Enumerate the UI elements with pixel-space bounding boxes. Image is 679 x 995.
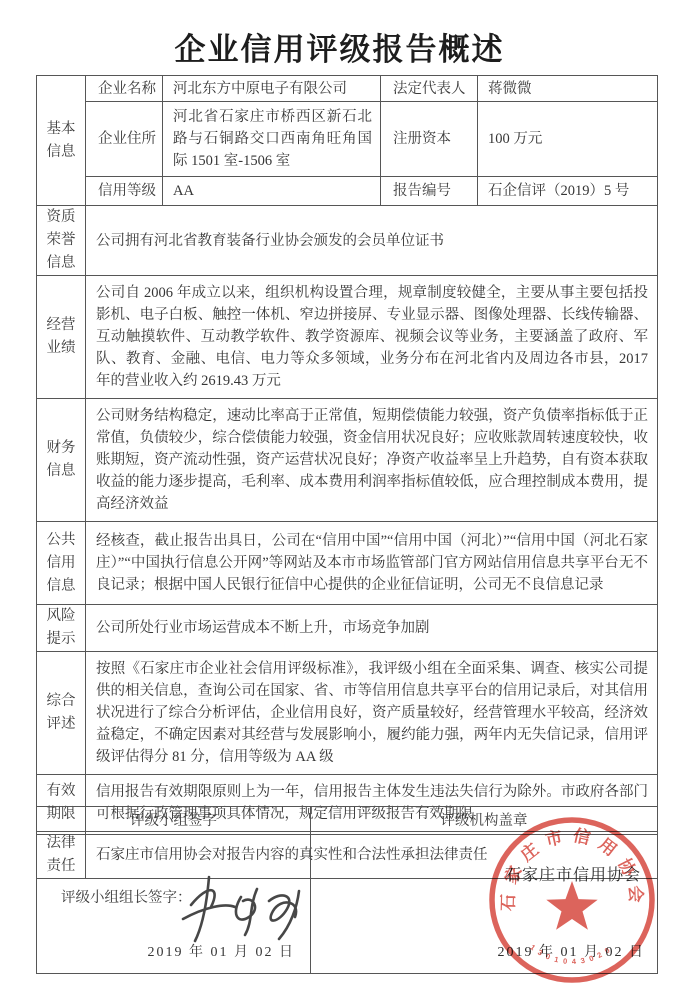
section-label-comprehensive-review: 综合 评述 [37,652,86,775]
field-label-company-name: 企业名称 [86,76,163,102]
section-label-financial-info: 财务 信息 [37,399,86,522]
official-seal: 石家庄市信用协会 1301043020 [482,812,662,984]
field-value-report-number: 石企信评（2019）5 号 [478,177,658,206]
section-content-business-performance: 公司自 2006 年成立以来，组织机构设置合理，规章制度较健全，主要从事主要包括… [86,276,658,399]
section-label-business-performance: 经营 业绩 [37,276,86,399]
section-content-risk-warning: 公司所处行业市场运营成本不断上升，市场竞争加剧 [86,605,658,652]
svg-text:1301043020: 1301043020 [528,943,615,967]
section-content-financial-info: 公司财务结构稳定，速动比率高于正常值，短期偿债能力较强，资产负债率指标低于正常值… [86,399,658,522]
field-value-company-address: 河北省石家庄市桥西区新石北路与石铜路交口西南角旺角国际 1501 室-1506 … [163,102,381,177]
handwritten-signature [175,863,311,953]
field-label-report-number: 报告编号 [381,177,478,206]
signature-date: 2019 年 01 月 02 日 [148,942,296,964]
field-label-credit-rating: 信用等级 [86,177,163,206]
field-label-company-address: 企业住所 [86,102,163,177]
section-content-qualification-honor: 公司拥有河北省教育装备行业协会颁发的会员单位证书 [86,206,658,276]
field-label-legal-representative: 法定代表人 [381,76,478,102]
field-value-registered-capital: 100 万元 [478,102,658,177]
seal-code: 1301043020 [528,943,615,967]
section-label-risk-warning: 风险 提示 [37,605,86,652]
section-label-basic-info: 基本 信息 [37,76,86,206]
section-label-qualification-honor: 资质 荣誉 信息 [37,206,86,276]
section-label-public-credit-info: 公共 信用 信息 [37,522,86,605]
field-value-company-name: 河北东方中原电子有限公司 [163,76,381,102]
report-table: 基本 信息 企业名称 河北东方中原电子有限公司 法定代表人 蒋微微 企业住所 河… [36,75,658,879]
section-content-comprehensive-review: 按照《石家庄市企业社会信用评级标准》，我评级小组在全面采集、调查、核实公司提供的… [86,652,658,775]
signature-header: 评级小组签字 [37,807,311,835]
field-value-legal-representative: 蒋微微 [478,76,658,102]
report-page: 企业信用评级报告概述 基本 信息 企业名称 河北东方中原电子有限公司 法定代表人… [0,0,679,995]
section-content-public-credit-info: 经核查，截止报告出具日，公司在“信用中国”“信用中国（河北）”“信用中国（河北石… [86,522,658,605]
page-title: 企业信用评级报告概述 [0,24,679,69]
signature-cell: 评级小组组长签字： 2019 年 01 月 02 日 [37,835,311,974]
field-value-credit-rating: AA [163,177,381,206]
signature-label: 评级小组组长签字： [61,887,192,909]
field-label-registered-capital: 注册资本 [381,102,478,177]
seal-star-icon [546,881,597,930]
